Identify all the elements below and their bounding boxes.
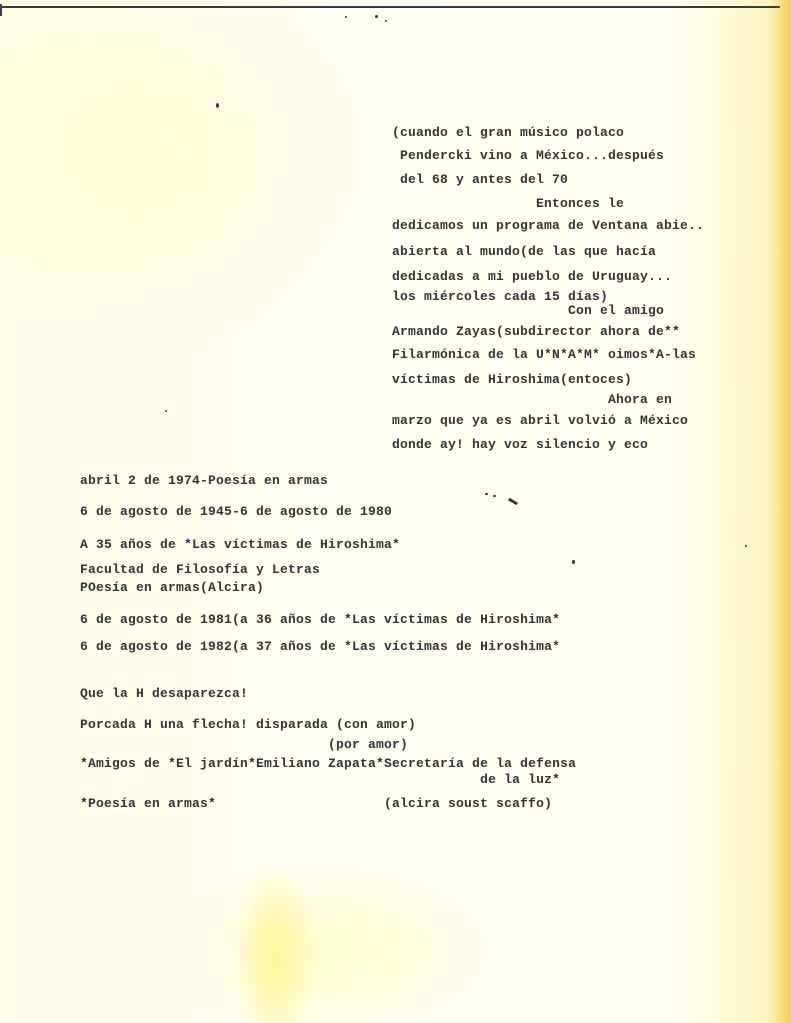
text-line: *Amigos de *El jardín*Emiliano Zapata*Se… [80, 756, 576, 771]
text-line: del 68 y antes del 70 [392, 172, 568, 187]
text-line: Con el amigo [392, 303, 664, 318]
ink-speck [216, 103, 219, 108]
text-line: víctimas de Hiroshima(entoces) [392, 372, 632, 387]
left-edge-mark [0, 4, 2, 16]
text-line: dedicamos un programa de Ventana abie.. [392, 218, 704, 233]
text-line: donde ay! hay voz silencio y eco [392, 437, 648, 452]
ink-speck [165, 410, 167, 412]
text-line: 6 de agosto de 1982(a 37 años de *Las ví… [80, 639, 560, 654]
ink-mark [485, 493, 488, 495]
ink-mark [508, 498, 518, 506]
text-line: marzo que ya es abril volvió a México [392, 413, 688, 428]
text-line: 6 de agosto de 1945-6 de agosto de 1980 [80, 504, 392, 519]
text-line: 6 de agosto de 1981(a 36 años de *Las ví… [80, 612, 560, 627]
ink-speck [385, 20, 387, 22]
text-line: Porcada H una flecha! disparada (con amo… [80, 717, 416, 732]
yellowed-right-edge [777, 0, 791, 1023]
text-line: Pendercki vino a México...después [392, 148, 664, 163]
text-line: POesía en armas(Alcira) [80, 580, 264, 595]
ink-speck [345, 16, 347, 18]
text-line: Que la H desaparezca! [80, 686, 248, 701]
text-line: abierta al mundo(de las que hacía [392, 244, 656, 259]
text-line: Facultad de Filosofía y Letras [80, 562, 320, 577]
text-line: Entonces le [392, 196, 624, 211]
text-line: A 35 años de *Las víctimas de Hiroshima* [80, 537, 400, 552]
text-line: Ahora en [392, 392, 672, 407]
text-line: de la luz* [80, 772, 560, 787]
text-line: Filarmónica de la U*N*A*M* oimos*A-las [392, 347, 696, 362]
text-line: (cuando el gran músico polaco [392, 125, 624, 140]
scanned-page: (cuando el gran músico polaco Pendercki … [0, 0, 791, 1023]
text-line: abril 2 de 1974-Poesía en armas [80, 473, 328, 488]
ink-speck [572, 560, 575, 564]
text-line: Armando Zayas(subdirector ahora de** [392, 324, 680, 339]
text-line: los miércoles cada 15 días) [392, 289, 608, 304]
ink-speck [375, 15, 378, 18]
text-line: dedicadas a mi pueblo de Uruguay... [392, 269, 672, 284]
text-line: (por amor) [80, 737, 408, 752]
ink-mark [493, 495, 496, 497]
ink-speck [745, 545, 747, 547]
top-border-line [0, 6, 780, 8]
text-line: *Poesía en armas* (alcira soust scaffo) [80, 796, 552, 811]
